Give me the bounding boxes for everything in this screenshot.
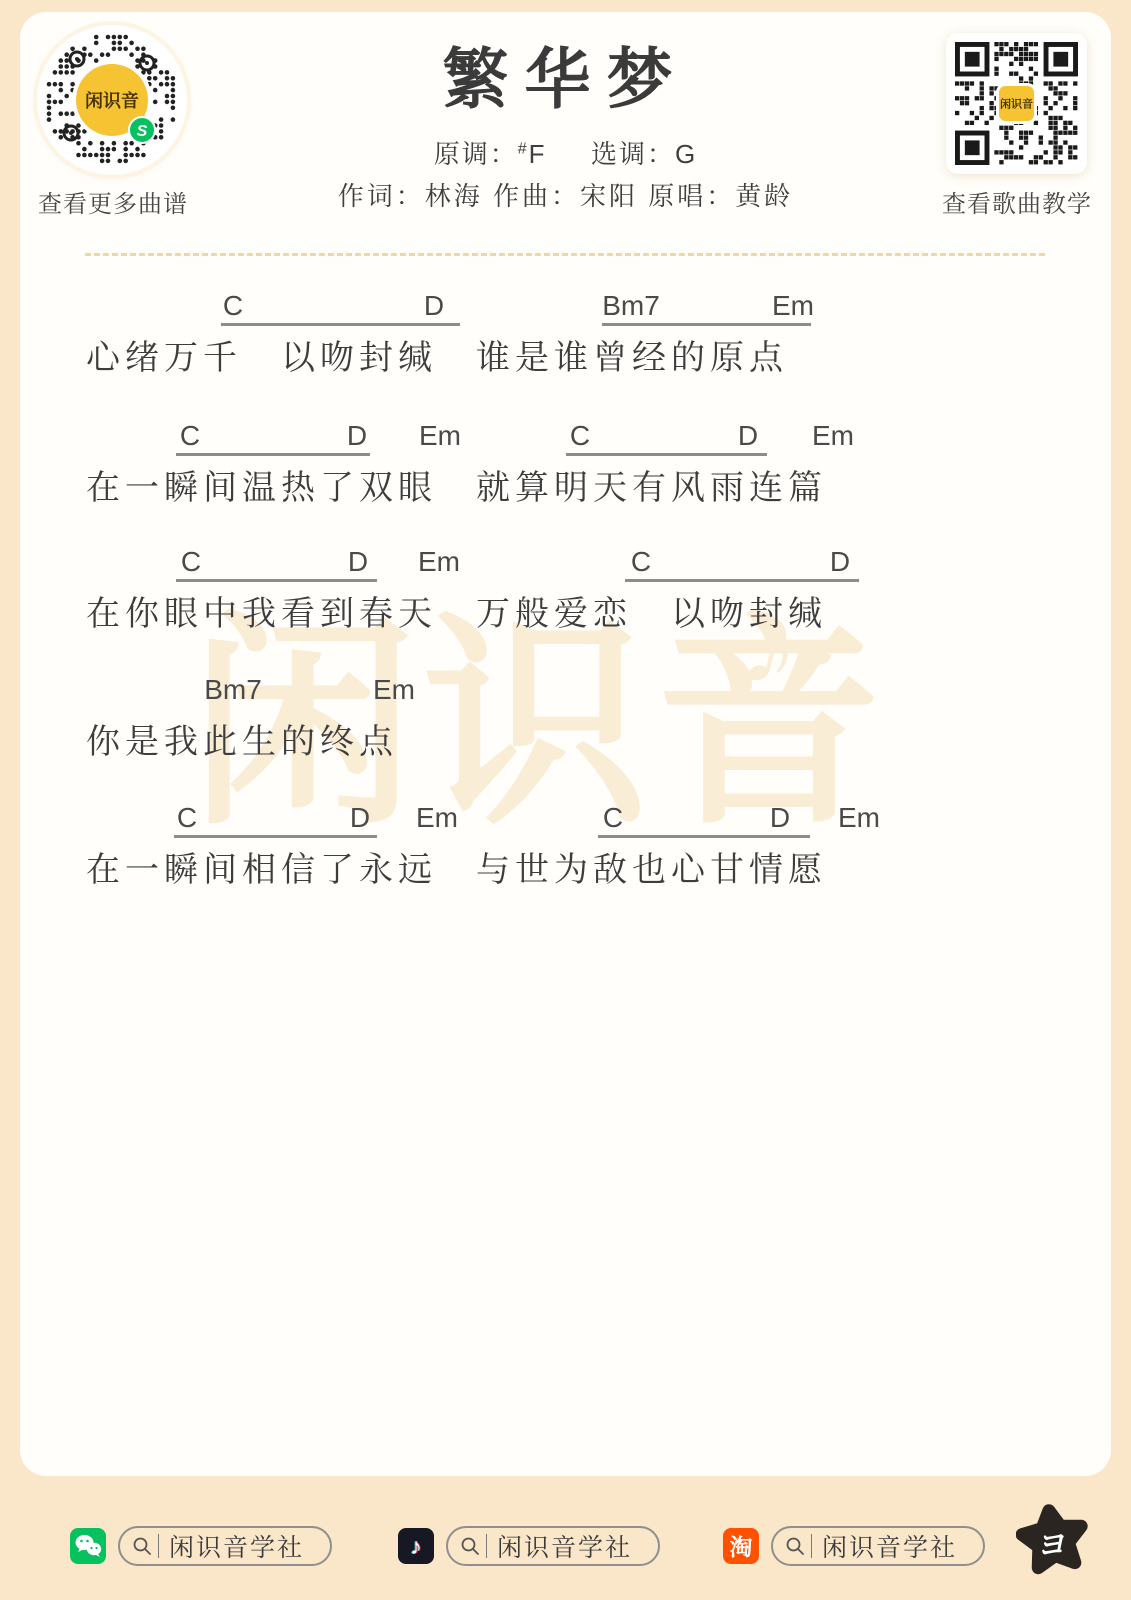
search-icon (132, 1536, 152, 1556)
chord-label: D (738, 420, 758, 452)
chord-label: D (347, 420, 367, 452)
chord-label: Bm7 (602, 290, 660, 322)
brand-star-logo: ヨ (1016, 1500, 1090, 1580)
chord-underline (221, 323, 460, 326)
svg-text:♪: ♪ (410, 1533, 422, 1559)
chord-label: Em (418, 546, 460, 578)
lyric-line: 心绪万千 以吻封缄 谁是谁曾经的原点 (86, 330, 788, 379)
chord-label: D (770, 802, 790, 834)
wechat-search-pill[interactable]: 闲识音学社 (118, 1526, 332, 1566)
chord-label: Em (772, 290, 814, 322)
song-line: CDBm7Em心绪万千 以吻封缄 谁是谁曾经的原点 (20, 290, 1111, 400)
footer-bar: 闲识音学社 ♪ ♪ ♪ 闲识音学社 淘 闲识音学社 ヨ (0, 1488, 1131, 1600)
search-keyword: 闲识音学社 (497, 1528, 632, 1564)
svg-text:淘: 淘 (730, 1534, 753, 1560)
chord-underline (174, 835, 377, 838)
chord-label: C (180, 420, 200, 452)
chord-label: Em (373, 674, 415, 706)
chord-underline (602, 323, 811, 326)
song-line: CDEmCD在你眼中我看到春天 万般爱恋 以吻封缄 (20, 546, 1111, 656)
chord-label: D (350, 802, 370, 834)
search-keyword: 闲识音学社 (822, 1528, 957, 1564)
pill-divider (811, 1534, 812, 1558)
star-logo-glyph: ヨ (1036, 1519, 1069, 1565)
taobao-icon: 淘 (723, 1528, 759, 1564)
lyric-line: 在一瞬间相信了永远 与世为敌也心甘情愿 (86, 842, 827, 891)
song-line: Bm7Em你是我此生的终点 (20, 674, 1111, 784)
search-icon (785, 1536, 805, 1556)
chord-label: D (830, 546, 850, 578)
chord-label: C (603, 802, 623, 834)
chord-label: C (177, 802, 197, 834)
search-keyword: 闲识音学社 (169, 1528, 304, 1564)
chord-label: D (348, 546, 368, 578)
chord-underline (176, 453, 370, 456)
chord-underline (598, 835, 810, 838)
lyric-line: 在你眼中我看到春天 万般爱恋 以吻封缄 (86, 586, 827, 635)
pill-divider (486, 1534, 487, 1558)
song-line: CDEmCDEm在一瞬间相信了永远 与世为敌也心甘情愿 (20, 802, 1111, 912)
chord-label: C (223, 290, 243, 322)
chord-label: C (181, 546, 201, 578)
song-line: CDEmCDEm在一瞬间温热了双眼 就算明天有风雨连篇 (20, 420, 1111, 530)
lyric-line: 你是我此生的终点 (86, 714, 398, 763)
douyin-icon: ♪ ♪ ♪ (398, 1528, 434, 1564)
lyric-line: 在一瞬间温热了双眼 就算明天有风雨连篇 (86, 460, 827, 509)
chord-label: Em (838, 802, 880, 834)
taobao-search-pill[interactable]: 闲识音学社 (771, 1526, 985, 1566)
sheet-card: 闲识音S 查看更多曲谱 闲识音 查看歌曲教学 繁华梦 原调：#F 选调：G 作词… (20, 12, 1111, 1476)
chord-underline (176, 579, 377, 582)
chord-label: D (424, 290, 444, 322)
douyin-search-pill[interactable]: 闲识音学社 (446, 1526, 660, 1566)
pill-divider (158, 1534, 159, 1558)
chord-label: Bm7 (204, 674, 262, 706)
chord-label: Em (419, 420, 461, 452)
search-icon (460, 1536, 480, 1556)
chord-sheet-page: { "header": { "title": "繁华梦", "key_label… (0, 0, 1131, 1600)
chord-label: C (570, 420, 590, 452)
chord-label: Em (812, 420, 854, 452)
wechat-icon (70, 1528, 106, 1564)
chord-underline (566, 453, 767, 456)
song-lines: CDBm7Em心绪万千 以吻封缄 谁是谁曾经的原点CDEmCDEm在一瞬间温热了… (20, 12, 1111, 1476)
chord-underline (625, 579, 859, 582)
chord-label: C (631, 546, 651, 578)
chord-label: Em (416, 802, 458, 834)
